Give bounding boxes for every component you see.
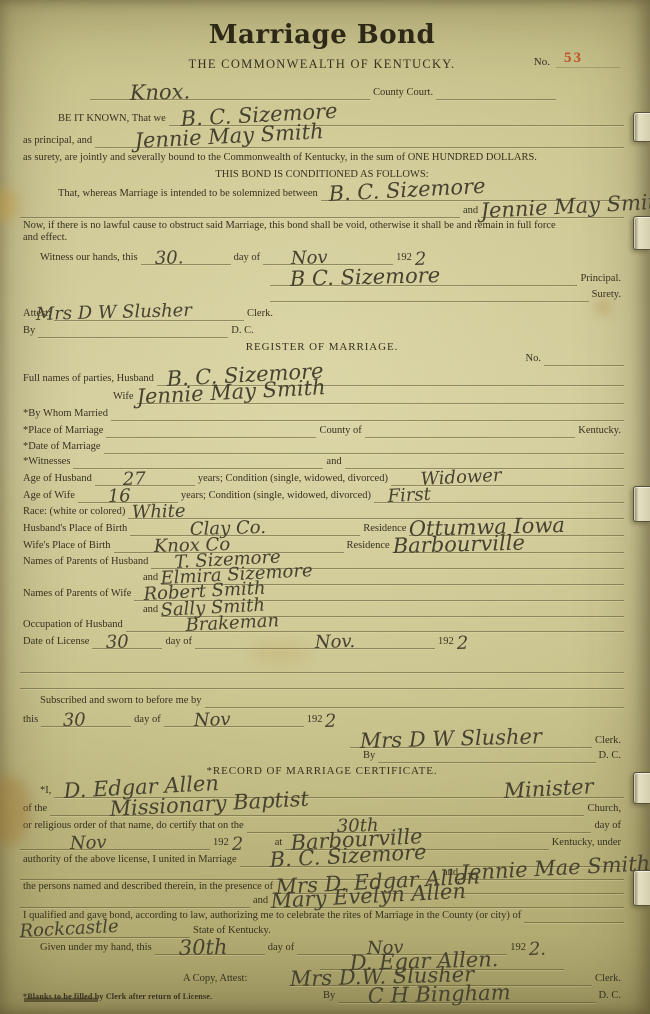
document-title: Marriage Bond	[209, 20, 435, 50]
and-bride-row: and Jennie May Smith	[20, 201, 624, 218]
county-indent	[20, 72, 90, 100]
sworn-year-printed: 192	[304, 714, 326, 727]
title-row: Marriage Bond	[20, 20, 624, 50]
register-no-line	[544, 354, 624, 366]
license-row-end	[507, 632, 624, 649]
register-clerk-line: Mrs D W Slusher	[350, 727, 592, 748]
register-by-label: By	[360, 750, 378, 763]
race-label: Race: (white or colored)	[20, 506, 128, 519]
copy-attest-label: A Copy, Attest:	[180, 973, 250, 986]
surety-sig-indent	[20, 286, 270, 302]
final-by-row: *Blanks to be filled by Clerk after retu…	[20, 986, 624, 1003]
groom-name-handwriting: B. C. Sizemore	[328, 179, 486, 202]
wife-mother-row: and Sally Smith	[20, 601, 624, 617]
witnesses-and-label: and	[323, 456, 344, 469]
principal-signature-row: B C. Sizemore Principal.	[20, 265, 624, 286]
copy-attest-indent	[20, 970, 180, 986]
and-label-bond: and	[460, 205, 481, 218]
license-dayof-label: day of	[162, 636, 195, 649]
copy-attest-gap	[250, 970, 290, 986]
page-fastener	[633, 870, 650, 906]
license-label: Date of License	[20, 636, 92, 649]
sworn-month-handwriting: Nov	[193, 714, 230, 728]
wife-residence-label: Residence	[344, 540, 393, 553]
cert-dayof-label: day of	[591, 820, 624, 833]
surety-clause-row: as surety, are jointly and severally bou…	[20, 148, 624, 165]
register-clerk-label: Clerk.	[592, 735, 624, 748]
parents-wife-label: Names of Parents of Wife	[20, 588, 134, 601]
witness2-leading-line	[20, 894, 250, 908]
paper-stain	[596, 300, 610, 314]
blank-rule-line-2	[20, 673, 624, 689]
sworn-clause-label: Subscribed and sworn to before me by	[20, 695, 205, 708]
age-wife-handwriting: 16	[108, 490, 131, 504]
sworn-year-space: 2	[325, 708, 385, 727]
register-by-line	[378, 748, 595, 763]
certificate-i-row: *I, D. Edgar Allen Minister	[20, 778, 624, 798]
wife-residence-handwriting: Barbourville	[392, 535, 524, 554]
surety-name-line: Jennie May Smith	[95, 126, 624, 148]
license-date-row: Date of License 30 day of Nov. 192 2	[20, 632, 624, 649]
and-effect-text: and effect.	[20, 232, 70, 245]
county-line: Knox.	[90, 72, 370, 100]
surety-signature-row: Surety.	[20, 286, 624, 302]
license-month-handwriting: Nov.	[315, 636, 356, 650]
condition-wife-handwriting: First	[387, 489, 431, 504]
county-trailing-line	[436, 72, 556, 100]
cert-month-handwriting: Nov	[70, 837, 107, 851]
witness-month-line: Nov	[263, 245, 393, 265]
race-handwriting: White	[132, 506, 186, 520]
form-body: Marriage Bond THE COMMONWEALTH OF KENTUC…	[0, 0, 650, 1014]
witness-row-end	[465, 245, 624, 265]
county-handwriting: Knox.	[130, 84, 191, 101]
witness2-row: and Mary Evelyn Allen	[20, 894, 624, 908]
blank-rule-row-2	[20, 673, 624, 689]
bond-by-line	[38, 321, 228, 338]
witness-hands-row: Witness our hands, this 30. day of Nov 1…	[20, 245, 624, 265]
cert-year-space: 2	[232, 833, 272, 850]
final-dc-label: D. C.	[596, 990, 624, 1003]
bond-by-row-end	[257, 321, 624, 338]
register-clerk-sig-row: Mrs D W Slusher Clerk.	[20, 727, 624, 748]
by-whom-line	[111, 404, 624, 421]
license-month-line: Nov.	[195, 632, 435, 649]
given-year-space: 2.	[529, 938, 579, 955]
sworn-dayof-label: day of	[131, 714, 164, 727]
wife-residence-line: Barbourville	[393, 536, 624, 553]
given-row: Given under my hand, this 30th day of No…	[20, 938, 624, 955]
minister-sig-indent	[20, 955, 320, 970]
rite-county-handwriting: Rockcastle	[19, 921, 119, 939]
register-wife-line: Jennie May Smith	[137, 386, 624, 404]
principal-name-line: B. C. Sizemore	[169, 100, 624, 126]
parents-husband-label: Names of Parents of Husband	[20, 556, 151, 569]
cert-month-line: Nov	[20, 833, 210, 850]
date-of-marriage-line	[104, 438, 624, 454]
register-no-label: No.	[523, 353, 544, 366]
register-heading-row: REGISTER OF MARRIAGE.	[20, 338, 624, 354]
deputy-signature-handwriting: C H Bingham	[368, 985, 511, 1004]
principal-signature-handwriting: B C. Sizemore	[290, 268, 441, 287]
place-line	[106, 421, 316, 438]
be-it-known-label: BE IT KNOWN, That we	[20, 113, 169, 126]
witness2-line: Mary Evelyn Allen	[271, 894, 624, 908]
order-clause-label: or religious order of that name, do cert…	[20, 820, 247, 833]
rite-county-row-end	[274, 923, 624, 938]
sworn-line	[205, 689, 624, 708]
void-clause-text: Now, if there is no lawful cause to obst…	[20, 220, 559, 233]
final-clerk-label: Clerk.	[592, 973, 624, 986]
sworn-this-label: this	[20, 714, 41, 727]
register-wife-label: Wife	[110, 391, 137, 404]
occupation-handwriting: Brakeman	[185, 615, 279, 633]
witness2-and-label: and	[250, 895, 271, 908]
kentucky-under-label: Kentucky, under	[549, 837, 624, 850]
place-label: *Place of Marriage	[20, 425, 106, 438]
paper-stain	[250, 640, 310, 666]
sworn-date-row-end	[385, 708, 624, 727]
date-of-marriage-row: *Date of Marriage	[20, 438, 624, 454]
witnesses-line1	[73, 454, 323, 469]
wife-birth-row: Wife's Place of Birth Knox Co Residence …	[20, 536, 624, 553]
witness-day-line: 30.	[141, 245, 231, 265]
given-clause-label: Given under my hand, this	[20, 942, 155, 955]
occupation-line: Brakeman	[126, 617, 624, 632]
cert-year-printed: 192	[210, 837, 232, 850]
and-effect-row: and effect.	[20, 233, 624, 245]
attest-row: Attest: Mrs D W Slusher Clerk.	[20, 302, 624, 321]
sworn-day-handwriting: 30	[63, 714, 86, 728]
church-row: of the Missionary Baptist Church,	[20, 798, 624, 816]
surety-clause-text: as surety, are jointly and severally bou…	[20, 152, 540, 165]
void-clause-row: Now, if there is no lawful cause to obst…	[20, 218, 624, 233]
register-by-indent	[20, 748, 360, 763]
blank-rule-line-1	[20, 649, 624, 673]
by-whom-married-row: *By Whom Married	[20, 404, 624, 421]
kentucky-label: Kentucky.	[575, 425, 624, 438]
surety-name-handwriting: Jennie May Smith	[134, 124, 324, 149]
age-husband-label: Age of Husband	[20, 473, 95, 486]
register-clerk-indent	[20, 727, 350, 748]
cert-bride-handwriting: Jennie Mae Smith	[460, 856, 650, 881]
witness-month-handwriting: Nov	[291, 252, 328, 266]
given-day-line: 30th	[155, 938, 265, 955]
copy-attest-row: A Copy, Attest: Mrs D.W. Slusher Clerk.	[20, 970, 624, 986]
witness-year-space: 2	[415, 245, 465, 265]
church-name-line: Missionary Baptist	[50, 798, 584, 816]
witness-clause-label: Witness our hands, this	[20, 252, 141, 265]
cert-groom-handwriting: B. C. Sizemore	[269, 845, 427, 868]
age-wife-row: Age of Wife 16 years; Condition (single,…	[20, 486, 624, 503]
minister-sig-row-end	[564, 955, 624, 970]
page-fastener	[633, 486, 650, 522]
wife-birth-label: Wife's Place of Birth	[20, 540, 114, 553]
witness-day-handwriting: 30.	[154, 252, 183, 266]
county-court-label: County Court.	[370, 87, 436, 100]
printer-mark	[24, 998, 98, 1002]
sworn-row: Subscribed and sworn to before me by	[20, 689, 624, 708]
occupation-row: Occupation of Husband Brakeman	[20, 617, 624, 632]
cert-bride-line: Jennie Mae Smith	[461, 867, 624, 880]
place-of-marriage-row: *Place of Marriage County of Kentucky.	[20, 421, 624, 438]
page-fastener	[633, 216, 650, 250]
license-day-handwriting: 30	[106, 636, 129, 650]
principal-sig-line: B C. Sizemore	[270, 265, 577, 286]
register-wife-row: Wife Jennie May Smith	[20, 386, 624, 404]
bond-by-label: By	[20, 325, 38, 338]
condition-husband-label: years; Condition (single, widowed, divor…	[195, 473, 391, 486]
license-year-space: 2	[457, 632, 507, 649]
solemnized-label: That, whereas Marriage is intended to be…	[20, 188, 321, 201]
commonwealth-label: THE COMMONWEALTH OF KENTUCKY.	[186, 57, 459, 72]
wife-mother-indent	[20, 601, 140, 617]
parents-husband-row: Names of Parents of Husband T. Sizemore	[20, 553, 624, 569]
commonwealth-row: THE COMMONWEALTH OF KENTUCKY.	[20, 50, 624, 72]
minister-title-handwriting: Minister	[503, 779, 594, 799]
age-wife-label: Age of Wife	[20, 490, 78, 503]
husband-mother-indent	[20, 569, 140, 585]
bond-dc-label: D. C.	[228, 325, 256, 338]
witnesses-row: *Witnesses and	[20, 454, 624, 469]
register-by-row: By D. C.	[20, 748, 624, 763]
wife-mother-and-label: and	[140, 604, 161, 617]
age-husband-row: Age of Husband 27 years; Condition (sing…	[20, 469, 624, 486]
attest-signature-handwriting: Mrs D W Slusher	[36, 305, 192, 322]
county-end-space	[556, 72, 624, 100]
attest-row-end	[276, 302, 624, 321]
husband-birth-label: Husband's Place of Birth	[20, 523, 130, 536]
husband-birth-line: Clay Co.	[130, 519, 360, 536]
deputy-sig-line: C H Bingham	[338, 986, 595, 1003]
register-clerk-handwriting: Mrs D W Slusher	[360, 729, 543, 749]
register-wife-indent	[20, 386, 110, 404]
license-day-line: 30	[92, 632, 162, 649]
principal-sig-indent	[20, 265, 270, 286]
page-fastener	[633, 112, 650, 142]
witness2-handwriting: Mary Evelyn Allen	[270, 884, 466, 909]
parents-wife-row: Names of Parents of Wife Robert Smith	[20, 585, 624, 601]
surety-sig-line	[270, 286, 589, 302]
register-dc-label: D. C.	[596, 750, 624, 763]
county-of-line	[365, 421, 575, 438]
bride-name-line: Jennie May Smith	[481, 201, 624, 218]
register-heading: REGISTER OF MARRIAGE.	[243, 341, 401, 354]
condition-wife-line: First	[374, 486, 624, 503]
certificate-heading: *RECORD OF MARRIAGE CERTIFICATE.	[203, 765, 440, 778]
occupation-label: Occupation of Husband	[20, 619, 126, 632]
as-principal-label: as principal, and	[20, 135, 95, 148]
bride-name-handwriting: Jennie May Smith	[480, 194, 650, 219]
attest-sig-line: Mrs D W Slusher	[54, 302, 244, 321]
as-principal-row: as principal, and Jennie May Smith	[20, 126, 624, 148]
authority-clause-label: authority of the above license, I united…	[20, 854, 240, 867]
county-of-rite-row: Rockcastle State of Kentucky.	[20, 923, 624, 938]
age-husband-line: 27	[95, 469, 195, 486]
date-of-marriage-label: *Date of Marriage	[20, 441, 104, 454]
county-court-row: Knox. County Court.	[20, 72, 624, 100]
given-day-handwriting: 30th	[178, 940, 227, 956]
blank-rule-row-1	[20, 649, 624, 673]
given-dayof-label: day of	[265, 942, 298, 955]
page-fastener	[633, 772, 650, 804]
license-year-printed: 192	[435, 636, 457, 649]
conditioned-row: THIS BOND IS CONDITIONED AS FOLLOWS:	[20, 165, 624, 182]
church-name-handwriting: Missionary Baptist	[109, 791, 309, 817]
register-wife-handwriting: Jennie May Smith	[136, 380, 326, 405]
final-by-label: By	[320, 990, 338, 1003]
bond-by-row: By D. C.	[20, 321, 624, 338]
attest-clerk-label: Clerk.	[244, 308, 276, 321]
husband-birth-row: Husband's Place of Birth Clay Co. Reside…	[20, 519, 624, 536]
qualified-line	[524, 908, 624, 923]
and-bride-leading-line	[20, 201, 460, 218]
given-year-printed: 192	[507, 942, 529, 955]
presence-clause-label: the persons named and described therein,…	[20, 881, 276, 894]
by-whom-label: *By Whom Married	[20, 408, 111, 421]
county-of-label: County of	[316, 425, 364, 438]
rite-county-line: Rockcastle	[20, 923, 190, 938]
sworn-month-line: Nov	[164, 708, 304, 727]
husband-mother-row: and Elmira Sizemore	[20, 569, 624, 585]
condition-husband-handwriting: Widower	[420, 470, 502, 487]
sworn-day-line: 30	[41, 708, 131, 727]
witnesses-label: *Witnesses	[20, 456, 73, 469]
marriage-bond-document: No. 53 Marriage Bond THE COMMONWEALTH OF…	[0, 0, 650, 1014]
principal-label: Principal.	[577, 273, 624, 286]
condition-wife-label: years; Condition (single, widowed, divor…	[178, 490, 374, 503]
witness-dayof-label: day of	[231, 252, 264, 265]
church-label: Church,	[584, 803, 624, 816]
